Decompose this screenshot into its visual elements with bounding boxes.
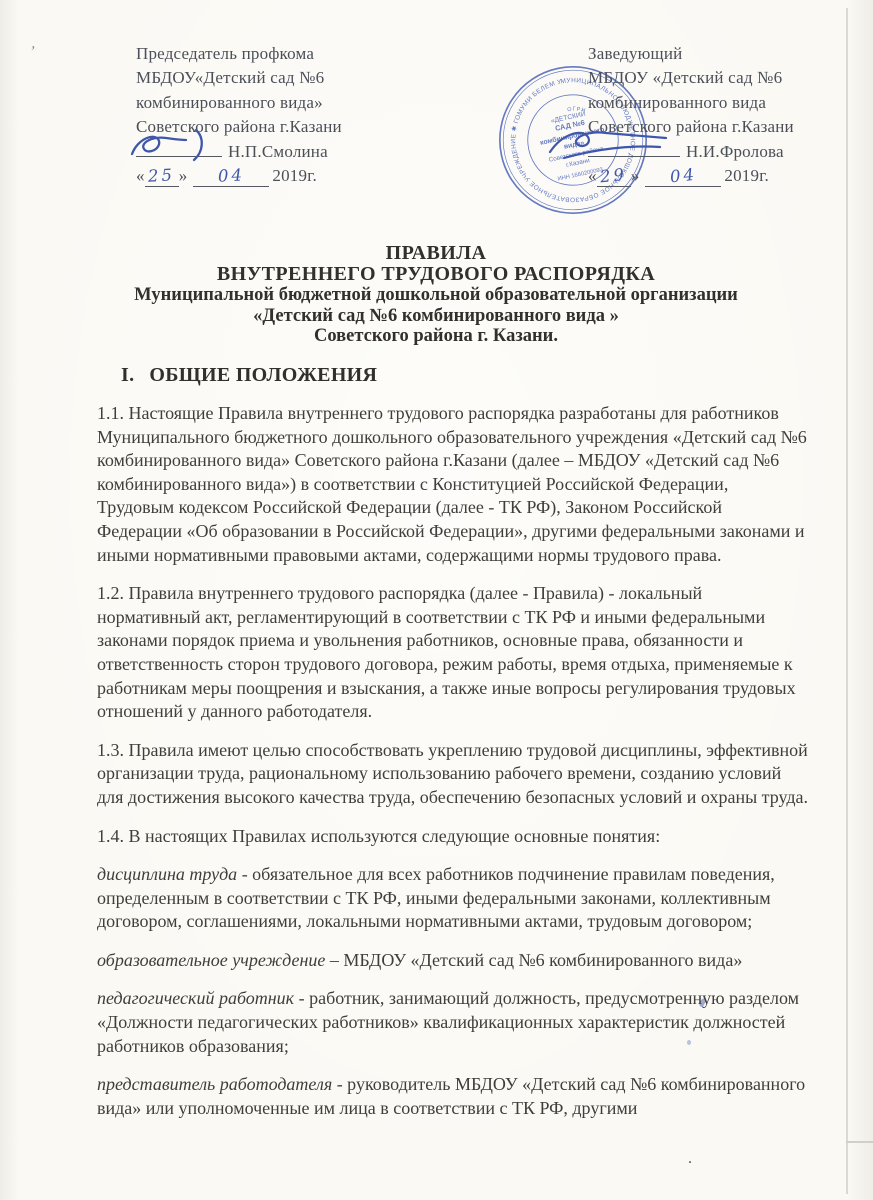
signature-line — [588, 155, 680, 157]
signature-line — [136, 155, 222, 157]
document-title: ПРАВИЛА ВНУТРЕННЕГО ТРУДОВОГО РАСПОРЯДКА… — [56, 243, 816, 347]
paragraph-text: 1.3. Правила имеют целью способствовать … — [97, 740, 808, 807]
signature-row: Н.П.Смолина — [136, 140, 398, 164]
signatory-name: Н.П.Смолина — [228, 142, 328, 161]
section-number: I. — [121, 364, 134, 386]
title-line: Муниципальной бюджетной дошкольной образ… — [56, 285, 816, 306]
handwritten-day: 25 — [148, 165, 176, 186]
approval-block-head: Заведующий МБДОУ «Детский сад №6 комбини… — [588, 42, 850, 188]
title-line: ВНУТРЕННЕГО ТРУДОВОГО РАСПОРЯДКА — [56, 264, 816, 285]
handwritten-month: 04 — [669, 165, 698, 188]
paragraph-1-1: 1.1. Настоящие Правила внутреннего трудо… — [97, 402, 809, 567]
paragraph-1-3: 1.3. Правила имеют целью способствовать … — [97, 739, 809, 810]
approver-org-line: Советского района г.Казани — [136, 115, 398, 139]
term-lead: образовательное учреждение — [97, 950, 325, 970]
signature-row: Н.И.Фролова — [588, 140, 850, 164]
section-heading: I.ОБЩИЕ ПОЛОЖЕНИЯ — [121, 364, 377, 387]
date-year: 2019г. — [724, 166, 769, 185]
scan-dot: . — [688, 1150, 692, 1168]
paragraph-1-4: 1.4. В настоящих Правилах используются с… — [97, 825, 809, 849]
term-lead: педагогический работник — [97, 988, 294, 1008]
term-lead: дисциплина труда — [97, 864, 237, 884]
handwritten-month: 04 — [217, 165, 245, 186]
approver-role: Заведующий — [588, 42, 850, 66]
paragraph-text: 1.1. Настоящие Правила внутреннего трудо… — [97, 403, 807, 565]
title-line: ПРАВИЛА — [56, 243, 816, 264]
definition-discipline: дисциплина труда - обязательное для всех… — [97, 863, 809, 934]
quote-close: » — [179, 166, 188, 185]
term-lead: представитель работодателя — [97, 1074, 332, 1094]
quote-open: « — [588, 166, 597, 185]
definition-employer-representative: представитель работодателя - руководител… — [97, 1073, 809, 1120]
title-line: Советского района г. Казани. — [56, 326, 816, 347]
approver-role: Председатель профкома — [136, 42, 398, 66]
quote-close: » — [631, 166, 640, 185]
scan-speck: ’ — [29, 44, 36, 62]
date-month-blank: 04 — [193, 166, 269, 187]
date-year: 2019г. — [272, 166, 317, 185]
definition-institution: образовательное учреждение – МБДОУ «Детс… — [97, 949, 809, 973]
approval-block-union-chair: Председатель профкома МБДОУ«Детский сад … — [136, 42, 398, 188]
date-month-blank: 04 — [645, 166, 721, 187]
title-line: «Детский сад №6 комбинированного вида » — [56, 306, 816, 327]
signatory-name: Н.И.Фролова — [686, 142, 784, 161]
approver-org-line: комбинированного вида» — [136, 91, 398, 115]
paragraph-1-2: 1.2. Правила внутреннего трудового распо… — [97, 582, 809, 724]
scanned-document-page: ’ . Председатель профкома МБДОУ«Детский … — [0, 0, 873, 1200]
handwritten-day: 29 — [599, 165, 628, 188]
approver-org-line: МБДОУ «Детский сад №6 — [588, 66, 850, 90]
date-row: «29»042019г. — [588, 164, 850, 188]
paragraph-text: – МБДОУ «Детский сад №6 комбинированного… — [325, 950, 742, 970]
section-title: ОБЩИЕ ПОЛОЖЕНИЯ — [149, 364, 377, 386]
document-body: 1.1. Настоящие Правила внутреннего трудо… — [97, 402, 809, 1135]
paragraph-text: 1.2. Правила внутреннего трудового распо… — [97, 583, 796, 721]
paragraph-text: 1.4. В настоящих Правилах используются с… — [97, 826, 660, 846]
quote-open: « — [136, 166, 145, 185]
approver-org-line: Советского района г.Казани — [588, 115, 850, 139]
definition-pedagogical-worker: педагогический работник - работник, зани… — [97, 987, 809, 1058]
date-day-blank: 25 — [145, 166, 179, 187]
approver-org-line: МБДОУ«Детский сад №6 — [136, 66, 398, 90]
date-day-blank: 29 — [597, 166, 631, 187]
scan-edge-tick — [846, 1141, 873, 1143]
date-row: «25»042019г. — [136, 164, 398, 188]
approver-org-line: комбинированного вида — [588, 91, 850, 115]
